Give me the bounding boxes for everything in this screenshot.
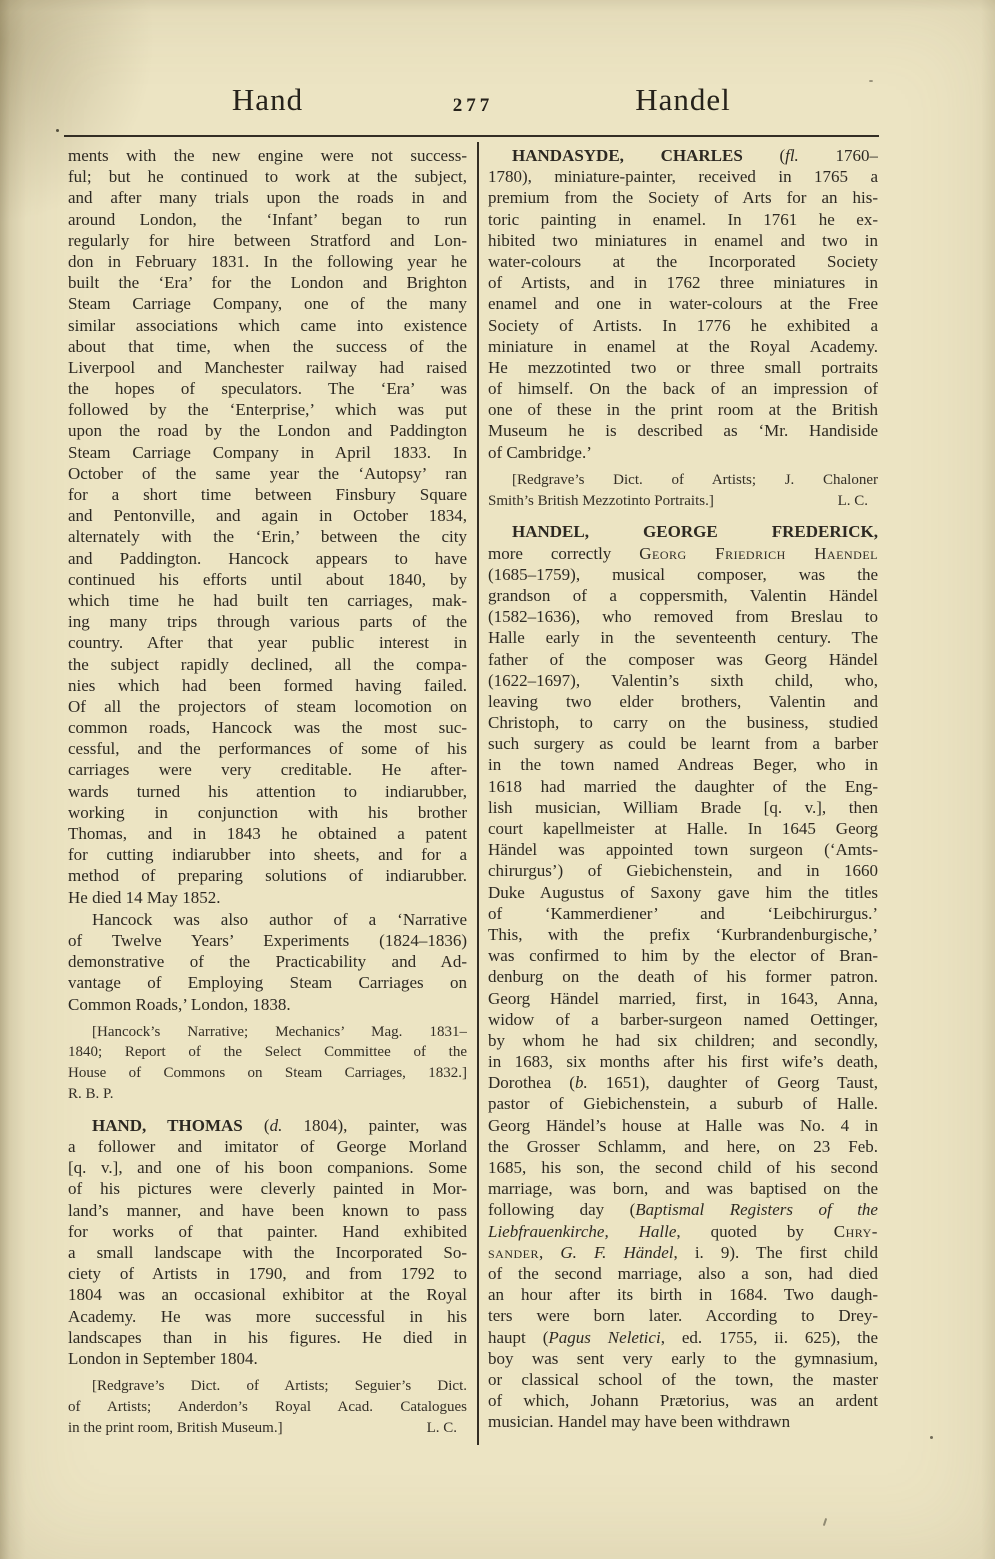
text-line: 1618 had married the daughter of the Eng… bbox=[488, 776, 878, 797]
text-line: sander, G. F. Händel, i. 9). The first c… bbox=[488, 1242, 878, 1263]
text-line: in the print room, British Museum.]L. C. bbox=[68, 1418, 467, 1439]
text-line: 1685, his son, the second child of his s… bbox=[488, 1157, 878, 1178]
text-line: followed by the ‘Enterprise,’ which was … bbox=[68, 399, 467, 420]
text-line: don in February 1831. In the following y… bbox=[68, 251, 467, 272]
text-line: miniature in enamel at the Royal Academy… bbox=[488, 336, 878, 357]
text-line: or classical school of the town, the mas… bbox=[488, 1369, 878, 1390]
text-line: similar associations which came into exi… bbox=[68, 315, 467, 336]
text-segment-i: G. F. Händel bbox=[560, 1243, 673, 1262]
text-line: Steam Carriage Company, one of the many bbox=[68, 293, 467, 314]
text-line: vantage of Employing Steam Carriages on bbox=[68, 972, 467, 993]
text-line: Society of Artists. In 1776 he exhibited… bbox=[488, 315, 878, 336]
text-line: method of preparing solutions of indiaru… bbox=[68, 865, 467, 886]
text-line: chirurgus’) of Giebichenstein, and in 16… bbox=[488, 860, 878, 881]
text-line: father of the composer was Georg Händel bbox=[488, 649, 878, 670]
text-line: common roads, Hancock was the most suc- bbox=[68, 717, 467, 738]
text-line: denburg on the death of his former patro… bbox=[488, 966, 878, 987]
text-line: marriage, was born, and was baptised on … bbox=[488, 1178, 878, 1199]
text-line: October of the same year the ‘Autopsy’ r… bbox=[68, 463, 467, 484]
text-line: such surgery as could be learnt from a b… bbox=[488, 733, 878, 754]
text-line: the hopes of speculators. The ‘Era’ was bbox=[68, 378, 467, 399]
text-line: Thomas, and in 1843 he obtained a patent bbox=[68, 823, 467, 844]
text-line: for cutting indiarubber into sheets, and… bbox=[68, 844, 467, 865]
citation-block: [Redgrave’s Dict. of Artists; J. Chalone… bbox=[488, 470, 878, 512]
text-line: working in conjunction with his brother bbox=[68, 802, 467, 823]
scan-speck bbox=[56, 129, 59, 132]
text-line: built the ‘Era’ for the London and Brigh… bbox=[68, 272, 467, 293]
text-line: Georg Händel married, first, in 1643, An… bbox=[488, 988, 878, 1009]
text-line: grandson of a coppersmith, Valentin Händ… bbox=[488, 585, 878, 606]
text-segment: L. C. bbox=[838, 491, 868, 512]
text-line: Common Roads,’ London, 1838. bbox=[68, 994, 467, 1015]
text-line: country. After that year public interest… bbox=[68, 632, 467, 653]
text-line: water-colours at the Incorporated Societ… bbox=[488, 251, 878, 272]
text-segment-i: b. bbox=[575, 1073, 588, 1092]
text-segment: in the print room, British Museum.] bbox=[68, 1418, 283, 1439]
text-line: wards turned his attention to indiarubbe… bbox=[68, 781, 467, 802]
text-line: ful; but he continued to work at the sub… bbox=[68, 166, 467, 187]
text-line: in 1683, six months after his first wife… bbox=[488, 1051, 878, 1072]
text-segment-i: fl. bbox=[785, 146, 799, 165]
text-line: lish musician, William Brade [q. v.], th… bbox=[488, 797, 878, 818]
text-line: alternately with the ‘Erin,’ between the… bbox=[68, 526, 467, 547]
text-line: of ‘Kammerdiener’ and ‘Leibchirurgus.’ bbox=[488, 903, 878, 924]
text-line: Steam Carriage Company in April 1833. In bbox=[68, 442, 467, 463]
text-line: ciety of Artists in 1790, and from 1792 … bbox=[68, 1263, 467, 1284]
text-line: (1582–1636), who removed from Breslau to bbox=[488, 606, 878, 627]
running-header-right-title: Handel bbox=[488, 82, 878, 118]
text-line: 1780), miniature-painter, received in 17… bbox=[488, 166, 878, 187]
running-header-left-title: Hand bbox=[68, 82, 467, 118]
text-line: R. B. P. bbox=[68, 1084, 467, 1105]
text-line: Hancock was also author of a ‘Narrative bbox=[68, 909, 467, 930]
text-line: and Paddington. Hancock appears to have bbox=[68, 548, 467, 569]
text-line: This, with the prefix ‘Kurbrandenburgisc… bbox=[488, 924, 878, 945]
text-line: [q. v.], and one of his boon companions.… bbox=[68, 1157, 467, 1178]
text-line: landscapes than in his figures. He died … bbox=[68, 1327, 467, 1348]
text-line: HAND, THOMAS (d. 1804), painter, was bbox=[68, 1115, 467, 1136]
text-line: for works of that painter. Hand exhibite… bbox=[68, 1221, 467, 1242]
text-line: Händel was appointed town surgeon (‘Amts… bbox=[488, 839, 878, 860]
text-line: land’s manner, and have been known to pa… bbox=[68, 1200, 467, 1221]
text-line: of Twelve Years’ Experiments (1824–1836) bbox=[68, 930, 467, 951]
text-line: Academy. He was more successful in his bbox=[68, 1306, 467, 1327]
text-segment-i: Baptismal Registers of the bbox=[635, 1200, 878, 1219]
header-rule bbox=[64, 135, 879, 137]
text-line: following day (Baptismal Registers of th… bbox=[488, 1199, 878, 1220]
paragraph: HAND, THOMAS (d. 1804), painter, wasa fo… bbox=[68, 1115, 467, 1369]
text-line: (1622–1697), Valentin’s sixth child, who… bbox=[488, 670, 878, 691]
text-line: He died 14 May 1852. bbox=[68, 887, 467, 908]
text-line: Liverpool and Manchester railway had rai… bbox=[68, 357, 467, 378]
text-line: upon the road by the London and Paddingt… bbox=[68, 420, 467, 441]
text-line: hibited two miniatures in enamel and two… bbox=[488, 230, 878, 251]
scan-speck bbox=[930, 1436, 933, 1439]
text-line: He mezzotinted two or three small portra… bbox=[488, 357, 878, 378]
text-line: around London, the ‘Infant’ began to run bbox=[68, 209, 467, 230]
text-line: more correctly Georg Friedrich Haendel bbox=[488, 543, 878, 564]
column-divider-rule bbox=[477, 142, 479, 1445]
text-segment-i: Pagus Neletici bbox=[548, 1328, 660, 1347]
text-line: premium from the Society of Arts for an … bbox=[488, 187, 878, 208]
text-line: a follower and imitator of George Morlan… bbox=[68, 1136, 467, 1157]
text-line: toric painting in enamel. In 1761 he ex- bbox=[488, 209, 878, 230]
text-line: 1804 was an occasional exhibitor at the … bbox=[68, 1284, 467, 1305]
text-line: House of Commons on Steam Carriages, 183… bbox=[68, 1063, 467, 1084]
text-line: cessful, and the performances of some of… bbox=[68, 738, 467, 759]
text-line: Georg Händel’s house at Halle was No. 4 … bbox=[488, 1115, 878, 1136]
text-line: ing many trips through various parts of … bbox=[68, 611, 467, 632]
text-line: London in September 1804. bbox=[68, 1348, 467, 1369]
text-line: enamel and one in water-colours at the F… bbox=[488, 293, 878, 314]
text-line: in the town named Andreas Beger, who in bbox=[488, 754, 878, 775]
text-line: Smith’s British Mezzotinto Portraits.]L.… bbox=[488, 491, 878, 512]
text-segment-b: HAND, THOMAS bbox=[92, 1116, 243, 1135]
scan-speck bbox=[823, 1518, 827, 1526]
text-line: Christoph, to carry on the business, stu… bbox=[488, 712, 878, 733]
text-line: the Grosser Schlamm, and here, on 23 Feb… bbox=[488, 1136, 878, 1157]
text-line: of his pictures were cleverly painted in… bbox=[68, 1178, 467, 1199]
text-line: (1685–1759), musical composer, was the bbox=[488, 564, 878, 585]
text-line: court kapellmeister at Halle. In 1645 Ge… bbox=[488, 818, 878, 839]
text-segment-sc: sander bbox=[488, 1243, 539, 1262]
text-line: for a short time between Finsbury Square bbox=[68, 484, 467, 505]
text-line: of Artists, and in 1762 three miniatures… bbox=[488, 272, 878, 293]
text-line: the subject rapidly declined, all the co… bbox=[68, 654, 467, 675]
right-column: HANDASYDE, CHARLES (fl. 1760–1780), mini… bbox=[488, 145, 878, 1432]
text-line: pastor of Giebichenstein, a suburb of Ha… bbox=[488, 1093, 878, 1114]
text-line: HANDASYDE, CHARLES (fl. 1760– bbox=[488, 145, 878, 166]
text-line: carriages were very creditable. He after… bbox=[68, 759, 467, 780]
text-line: ters were born later. According to Drey- bbox=[488, 1305, 878, 1326]
text-segment: L. C. bbox=[427, 1418, 457, 1439]
left-column: ments with the new engine were not succe… bbox=[68, 145, 467, 1446]
paragraph: ments with the new engine were not succe… bbox=[68, 145, 467, 908]
text-line: Of all the projectors of steam locomotio… bbox=[68, 696, 467, 717]
text-line: [Hancock’s Narrative; Mechanics’ Mag. 18… bbox=[68, 1022, 467, 1043]
text-line: nies which had been formed having failed… bbox=[68, 675, 467, 696]
text-line: and Pentonville, and again in October 18… bbox=[68, 505, 467, 526]
text-line: widow of a barber-surgeon named Oettinge… bbox=[488, 1009, 878, 1030]
text-line: haupt (Pagus Neletici, ed. 1755, ii. 625… bbox=[488, 1327, 878, 1348]
text-line: continued his efforts until about 1840, … bbox=[68, 569, 467, 590]
text-line: was confirmed to him by the elector of B… bbox=[488, 945, 878, 966]
text-line: ments with the new engine were not succe… bbox=[68, 145, 467, 166]
text-line: of himself. On the back of an impression… bbox=[488, 378, 878, 399]
text-segment-sc: Georg Friedrich Haendel bbox=[639, 544, 878, 563]
text-segment-i: d. bbox=[270, 1116, 283, 1135]
text-line: [Redgrave’s Dict. of Artists; J. Chalone… bbox=[488, 470, 878, 491]
citation-block: [Redgrave’s Dict. of Artists; Seguier’s … bbox=[68, 1376, 467, 1438]
text-line: which time he had built ten carriages, m… bbox=[68, 590, 467, 611]
text-line: leaving two elder brothers, Valentin and bbox=[488, 691, 878, 712]
text-line: of the second marriage, also a son, had … bbox=[488, 1263, 878, 1284]
text-line: Duke Augustus of Saxony gave him the tit… bbox=[488, 882, 878, 903]
text-line: boy was sent very early to the gymnasium… bbox=[488, 1348, 878, 1369]
citation-block: [Hancock’s Narrative; Mechanics’ Mag. 18… bbox=[68, 1022, 467, 1105]
text-line: musician. Handel may have been withdrawn bbox=[488, 1411, 878, 1432]
text-line: Liebfrauenkirche, Halle, quoted by Chry- bbox=[488, 1221, 878, 1242]
text-line: demonstrative of the Practicability and … bbox=[68, 951, 467, 972]
scan-speck bbox=[869, 80, 873, 82]
text-line: Dorothea (b. 1651), daughter of Georg Ta… bbox=[488, 1072, 878, 1093]
text-line: one of these in the print room at the Br… bbox=[488, 399, 878, 420]
text-line: 1840; Report of the Select Committee of … bbox=[68, 1042, 467, 1063]
text-line: HANDEL, GEORGE FREDERICK, bbox=[488, 521, 878, 542]
text-line: by whom he had six children; and secondl… bbox=[488, 1030, 878, 1051]
paragraph: HANDASYDE, CHARLES (fl. 1760–1780), mini… bbox=[488, 145, 878, 463]
text-line: Halle early in the seventeenth century. … bbox=[488, 627, 878, 648]
text-line: of which, Johann Prætorius, was an arden… bbox=[488, 1390, 878, 1411]
text-line: a small landscape with the Incorporated … bbox=[68, 1242, 467, 1263]
text-line: Museum he is described as ‘Mr. Handiside bbox=[488, 420, 878, 441]
text-segment-b: HANDEL, GEORGE FREDERICK, bbox=[512, 522, 878, 541]
text-segment-i: Liebfrauenkirche, Halle bbox=[488, 1222, 676, 1241]
text-line: and after many trials upon the roads in … bbox=[68, 187, 467, 208]
text-line: an hour after its birth in 1684. Two dau… bbox=[488, 1284, 878, 1305]
text-line: about that time, when the success of the bbox=[68, 336, 467, 357]
text-line: regularly for hire between Stratford and… bbox=[68, 230, 467, 251]
text-segment-b: HANDASYDE, CHARLES bbox=[512, 146, 743, 165]
text-line: of Cambridge.’ bbox=[488, 442, 878, 463]
text-line: of Artists; Anderdon’s Royal Acad. Catal… bbox=[68, 1397, 467, 1418]
text-line: [Redgrave’s Dict. of Artists; Seguier’s … bbox=[68, 1376, 467, 1397]
text-segment: Smith’s British Mezzotinto Portraits.] bbox=[488, 491, 714, 512]
paragraph: HANDEL, GEORGE FREDERICK,more correctly … bbox=[488, 521, 878, 1432]
paragraph: Hancock was also author of a ‘Narrativeo… bbox=[68, 909, 467, 1015]
text-segment-sc: Chry- bbox=[834, 1222, 878, 1241]
